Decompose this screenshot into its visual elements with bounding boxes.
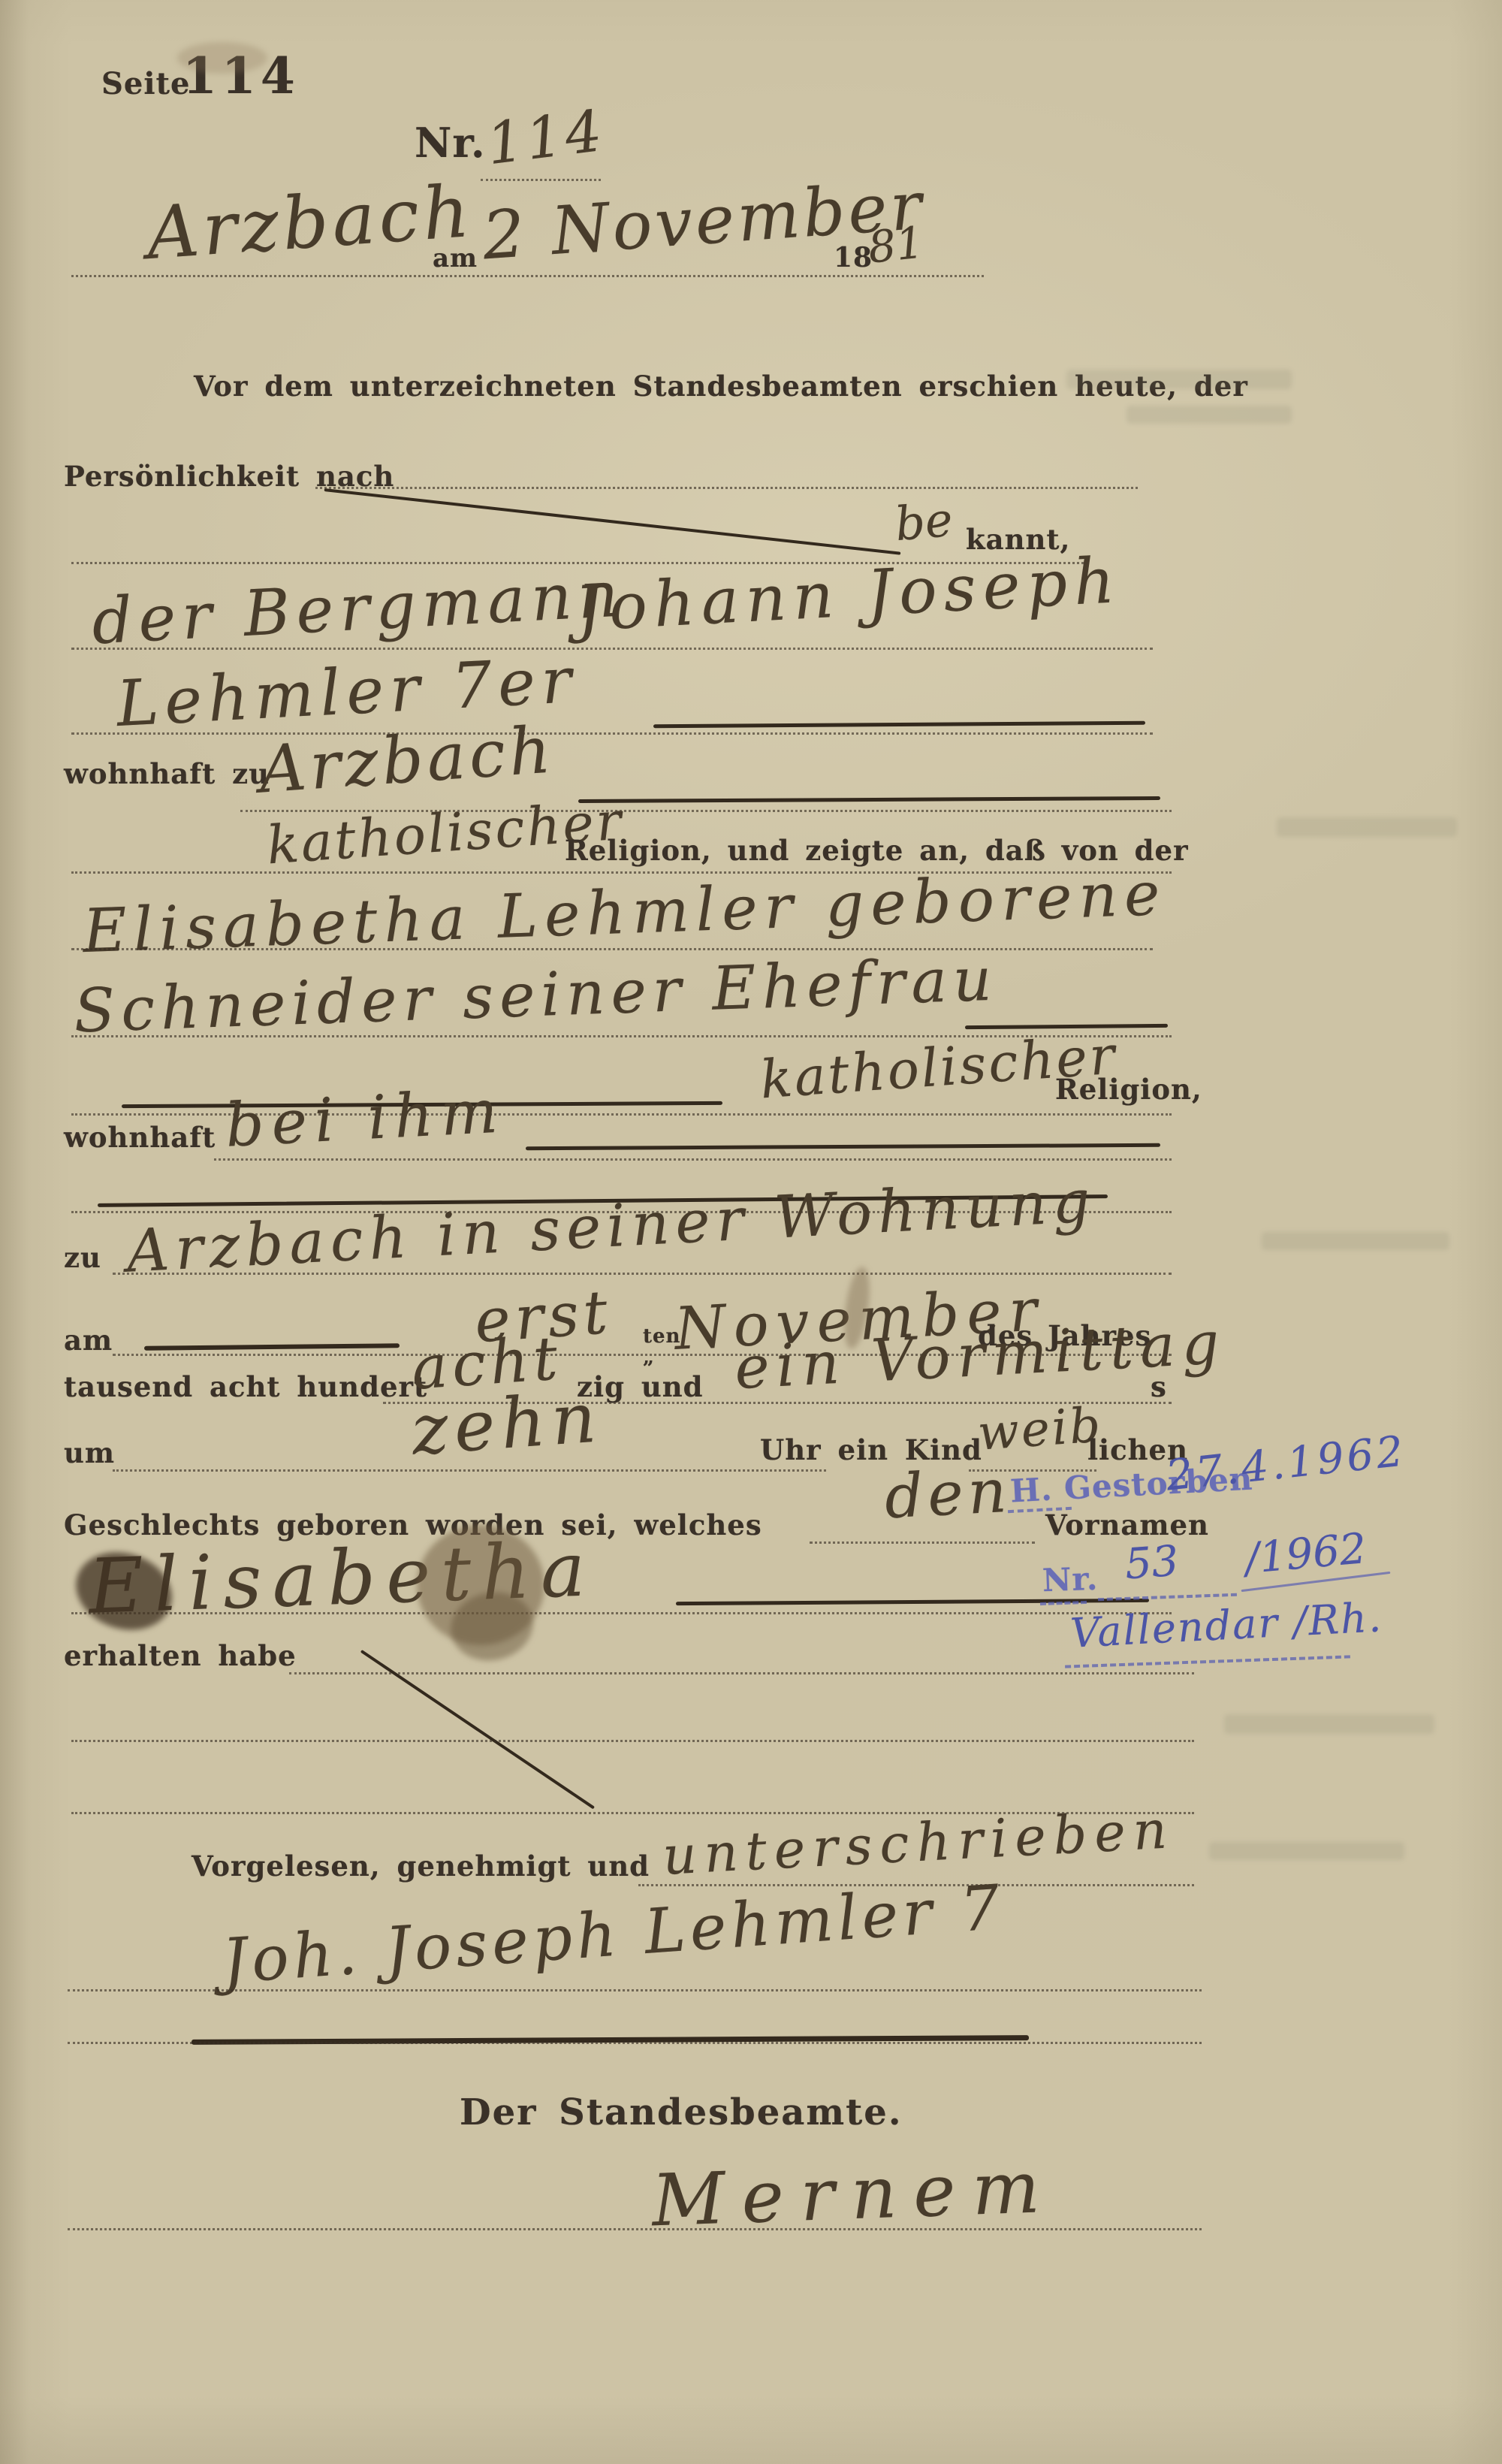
dateline-am-label: am bbox=[433, 243, 478, 273]
erhalten-printed: erhalten habe bbox=[64, 1639, 297, 1672]
bleed-through-mark bbox=[1224, 1714, 1434, 1734]
pen-underline-blue bbox=[1098, 1593, 1237, 1601]
dotted-rule bbox=[481, 179, 601, 181]
dotted-rule bbox=[68, 2228, 1202, 2230]
tausend-printed: tausend acht hundert bbox=[64, 1370, 427, 1403]
officiant-label: Der Standesbeamte. bbox=[460, 2091, 903, 2133]
wohnhaft-zu-label: wohnhaft zu bbox=[64, 757, 270, 790]
den-hand: den bbox=[883, 1456, 1013, 1532]
vornamen-printed: Vornamen bbox=[1045, 1508, 1209, 1542]
dotted-rule bbox=[289, 1672, 1194, 1674]
pen-stroke-diagonal bbox=[324, 488, 901, 555]
dateline-place: Arzbach bbox=[144, 169, 476, 276]
dotted-rule bbox=[71, 1740, 1194, 1742]
bleed-through-mark bbox=[1209, 1842, 1404, 1860]
death-number-hand: 53 bbox=[1123, 1537, 1181, 1590]
vorgelesen-printed: Vorgelesen, genehmigt und bbox=[192, 1850, 650, 1883]
dotted-rule bbox=[68, 1989, 1202, 1991]
am2-label: am bbox=[64, 1324, 113, 1357]
bleed-through-mark bbox=[1126, 406, 1292, 424]
sex-hand: weib bbox=[976, 1397, 1105, 1461]
nr-stamp: Nr. bbox=[1042, 1560, 1099, 1599]
pen-stroke bbox=[653, 721, 1145, 729]
religion2-printed: Religion, bbox=[1055, 1073, 1202, 1106]
zu-label: zu bbox=[64, 1241, 101, 1274]
bleed-through-mark bbox=[1066, 370, 1292, 389]
residence2-hand: bei ihm bbox=[224, 1076, 507, 1160]
dotted-rule bbox=[810, 1542, 1035, 1544]
hour-hand: zehn bbox=[409, 1377, 605, 1470]
declarant-firstnames: Johann Joseph bbox=[575, 543, 1123, 645]
death-date-hand: 27.4.1962 bbox=[1163, 1427, 1408, 1500]
bleed-through-mark bbox=[1277, 817, 1457, 837]
pen-stroke-dash bbox=[144, 1343, 400, 1351]
pen-underline-blue bbox=[1065, 1655, 1350, 1668]
declarant-occupation: der Bergmann bbox=[90, 557, 626, 658]
registry-page: Seite 114 Nr. 114 Arzbach am 2 November … bbox=[0, 0, 1502, 2464]
registry-place-hand: Vallendar /Rh. bbox=[1069, 1593, 1384, 1657]
dotted-rule bbox=[68, 2042, 1202, 2044]
death-number-year-hand: /1962 bbox=[1243, 1524, 1368, 1584]
dotted-rule bbox=[71, 275, 984, 277]
pen-stroke bbox=[578, 796, 1160, 803]
bleed-through-mark bbox=[1262, 1232, 1449, 1250]
pen-stroke bbox=[526, 1143, 1160, 1150]
record-number-label: Nr. bbox=[415, 119, 486, 167]
bekannt-hand-prefix: be bbox=[893, 492, 955, 551]
birthplace-hand: Arzbach in seiner Wohnung bbox=[125, 1167, 1098, 1286]
stamp-underline bbox=[1040, 1601, 1087, 1605]
dotted-rule bbox=[71, 1612, 1172, 1614]
dateline-year-hand: 81 bbox=[866, 216, 927, 273]
dotted-rule bbox=[214, 1158, 1172, 1161]
dotted-rule bbox=[113, 1273, 1172, 1275]
dotted-rule bbox=[315, 487, 1138, 489]
record-number-value: 114 bbox=[483, 97, 608, 177]
um-label: um bbox=[64, 1436, 115, 1469]
dotted-rule bbox=[71, 732, 1153, 735]
dateline-year-printed: 18 bbox=[834, 242, 873, 273]
wohnhaft-label: wohnhaft bbox=[64, 1121, 216, 1154]
dotted-rule bbox=[113, 1469, 826, 1472]
s-printed: s bbox=[1151, 1370, 1167, 1403]
ten-ditto-mark: „ bbox=[643, 1346, 655, 1369]
declarant-signature: Joh. Joseph Lehmler 7 bbox=[220, 1872, 1006, 1998]
page-label: Seite bbox=[101, 66, 190, 101]
dotted-rule bbox=[71, 648, 1153, 650]
smudge-mark bbox=[177, 42, 267, 74]
